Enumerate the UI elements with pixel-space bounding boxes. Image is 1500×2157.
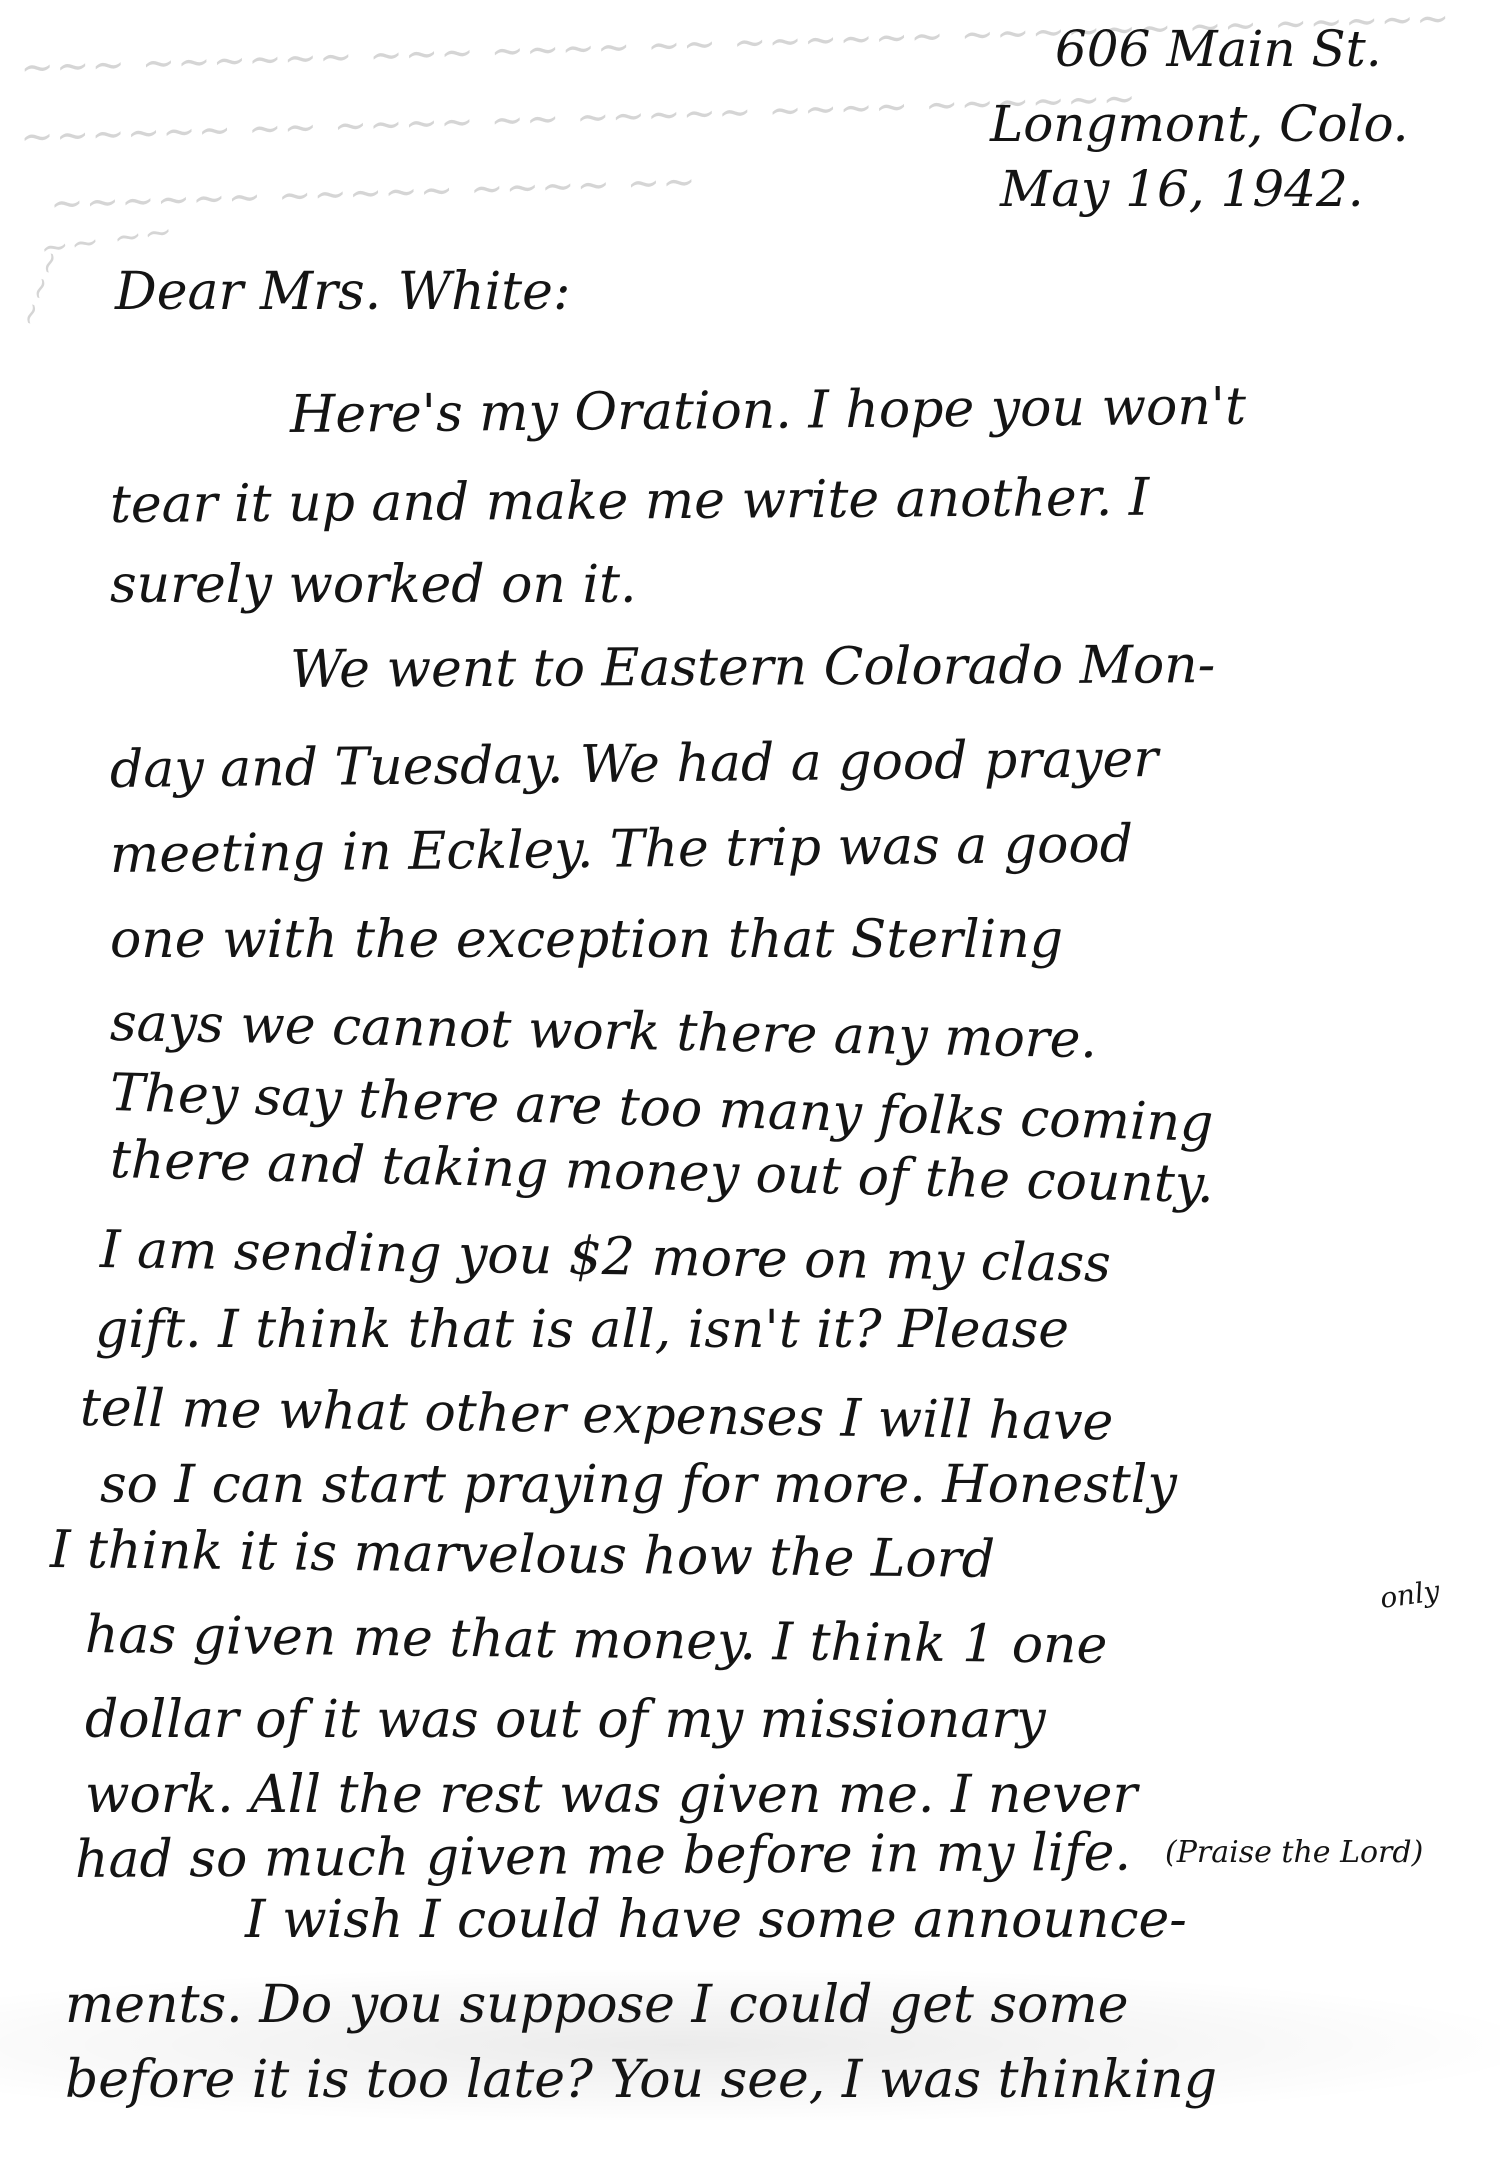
body-line: day and Tuesday. We had a good prayer	[110, 729, 1159, 800]
body-line: meeting in Eckley. The trip was a good	[110, 814, 1134, 885]
body-line: gift. I think that is all, isn't it? Ple…	[95, 1300, 1069, 1360]
body-line: I think it is marvelous how the Lord	[50, 1520, 996, 1590]
body-line: dollar of it was out of my missionary	[85, 1690, 1046, 1750]
bleed-through-line: ~~~~~~ ~~ ~~~~ ~~ ~~~~~ ~~~~ ~~~~~~	[20, 76, 1139, 161]
body-line: says we cannot work there any more.	[109, 993, 1097, 1070]
body-line: before it is too late? You see, I was th…	[65, 2050, 1217, 2110]
body-line: tell me what other expenses I will have	[80, 1378, 1114, 1452]
body-line: work. All the rest was given me. I never	[85, 1765, 1137, 1825]
body-line: surely worked on it.	[110, 555, 637, 615]
letter-date: May 16, 1942.	[1000, 160, 1364, 218]
marginal-note: (Praise the Lord)	[1165, 1835, 1423, 1870]
body-line: I am sending you $2 more on my class	[100, 1220, 1112, 1294]
body-line: Here's my Oration. I hope you won't	[290, 377, 1247, 445]
body-line: so I can start praying for more. Honestl…	[100, 1455, 1177, 1515]
body-line: had so much given me before in my life.	[75, 1823, 1131, 1890]
body-line: one with the exception that Sterling	[110, 910, 1063, 970]
body-line: I wish I could have some announce-	[245, 1890, 1187, 1950]
inserted-word: only	[1378, 1574, 1442, 1615]
address-city: Longmont, Colo.	[990, 95, 1409, 153]
body-line: We went to Eastern Colorado Mon-	[290, 635, 1216, 700]
body-line: has given me that money. I think 1 one	[85, 1605, 1108, 1676]
letter-page: ~~~ ~~~~~~ ~~~ ~~~~ ~~ ~~~~~~ ~~~~~~ ~~ …	[0, 0, 1500, 2157]
body-line: ments. Do you suppose I could get some	[65, 1975, 1129, 2035]
body-line: tear it up and make me write another. I	[110, 468, 1150, 535]
bleed-through-line: ~~~	[10, 243, 71, 331]
salutation: Dear Mrs. White:	[115, 262, 570, 322]
address-street: 606 Main St.	[1055, 20, 1382, 78]
